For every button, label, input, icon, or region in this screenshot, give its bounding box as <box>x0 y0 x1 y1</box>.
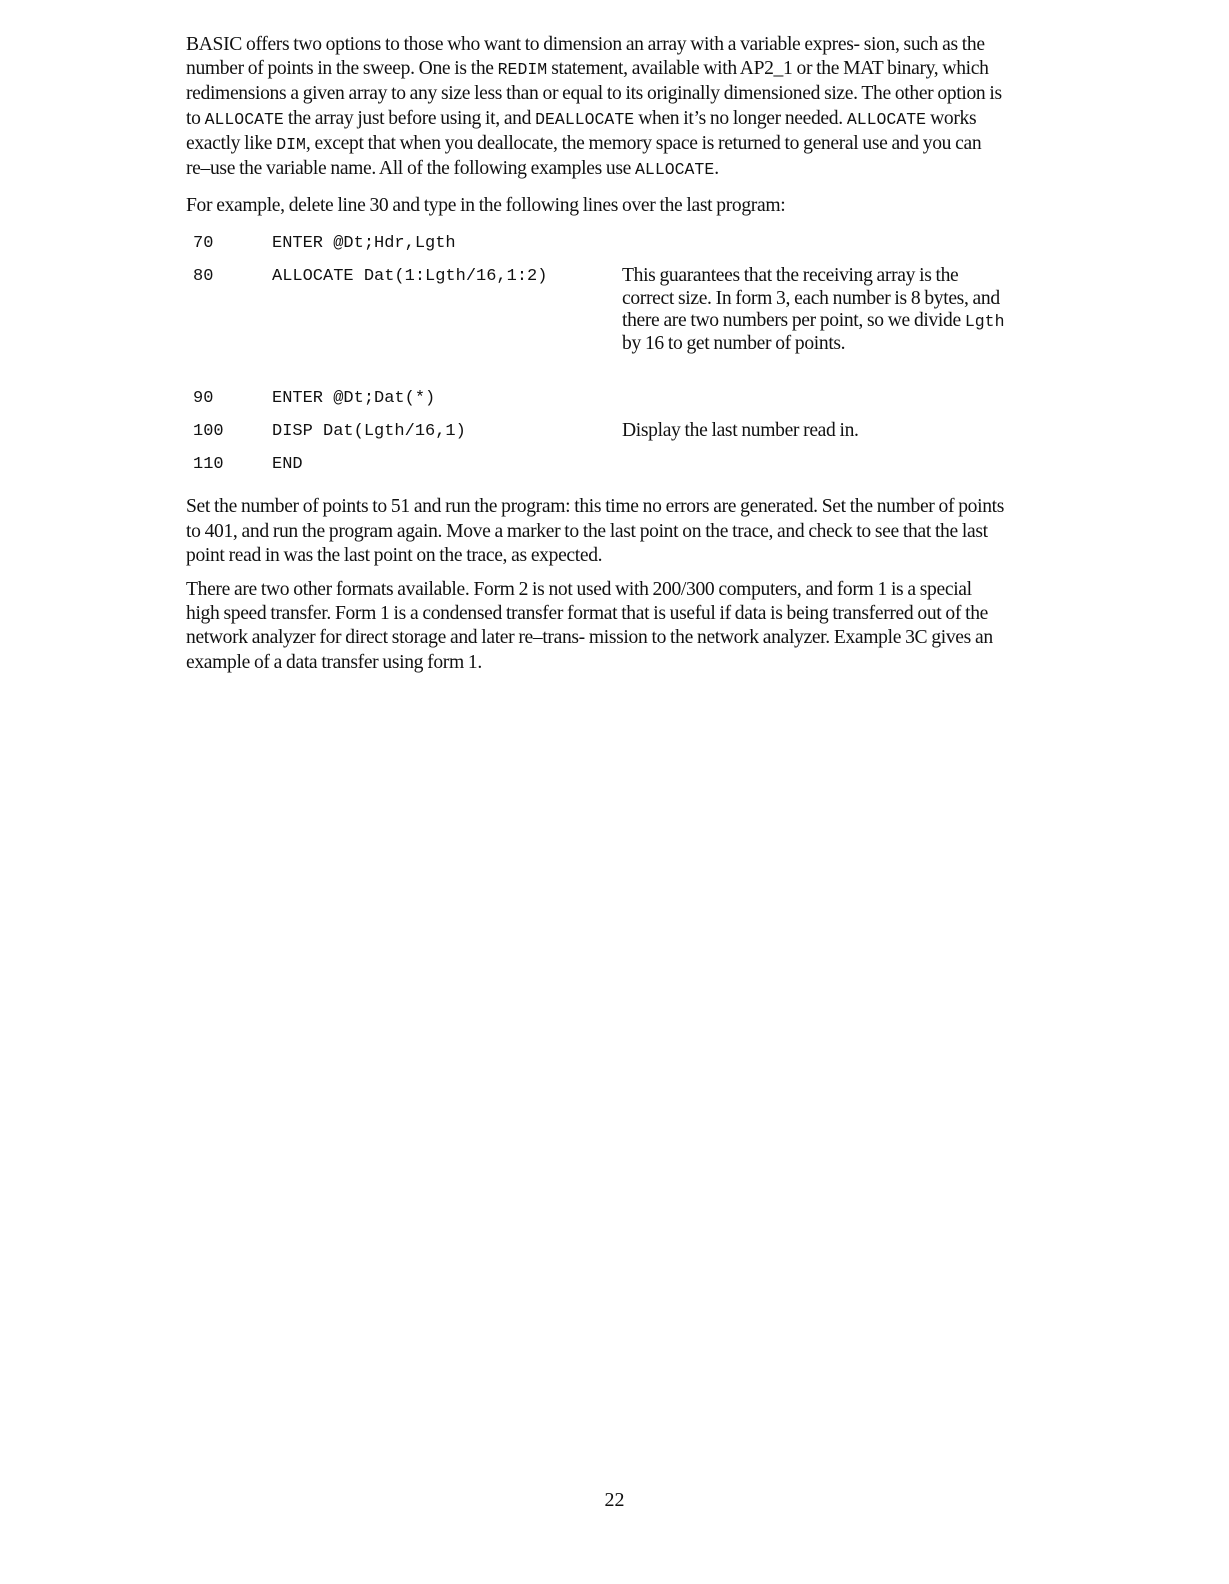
text-run: the array just before using it, and <box>284 108 535 129</box>
text-run: by 16 to get number of points. <box>622 333 845 354</box>
text-run: , except that when you deallocate, the m… <box>186 133 981 179</box>
line-number: 90 <box>186 387 272 411</box>
statement: ALLOCATE Dat(1:Lgth/16,1:2) <box>272 265 622 289</box>
line-number: 110 <box>186 453 272 477</box>
line-comment: Display the last number read in. <box>622 420 1014 442</box>
listing-row: 110 END <box>186 453 1006 495</box>
code-keyword: ALLOCATE <box>847 110 926 129</box>
line-number: 70 <box>186 232 272 256</box>
line-number: 80 <box>186 265 272 289</box>
listing-row: 90 ENTER @Dt;Dat(*) <box>186 387 1006 420</box>
line-number: 100 <box>186 420 272 444</box>
example-intro: For example, delete line 30 and type in … <box>186 194 1006 218</box>
text-run: This guarantees that the receiving array… <box>622 265 1000 330</box>
statement: ENTER @Dt;Dat(*) <box>272 387 622 411</box>
listing-row: 70 ENTER @Dt;Hdr,Lgth <box>186 232 1006 265</box>
run-paragraph: Set the number of points to 51 and run t… <box>186 495 1006 568</box>
text-run: . <box>714 158 719 179</box>
code-keyword: ALLOCATE <box>205 110 284 129</box>
formats-paragraph: There are two other formats available. F… <box>186 578 1006 675</box>
code-keyword: REDIM <box>498 60 548 79</box>
page-number: 22 <box>0 1489 1229 1512</box>
code-keyword: DEALLOCATE <box>535 110 634 129</box>
code-keyword: DIM <box>276 135 306 154</box>
code-keyword: ALLOCATE <box>635 160 714 179</box>
statement: ENTER @Dt;Hdr,Lgth <box>272 232 622 256</box>
intro-paragraph: BASIC offers two options to those who wa… <box>186 33 1006 182</box>
program-listing: 70 ENTER @Dt;Hdr,Lgth 80 ALLOCATE Dat(1:… <box>186 232 1006 495</box>
statement: DISP Dat(Lgth/16,1) <box>272 420 622 444</box>
listing-row: 80 ALLOCATE Dat(1:Lgth/16,1:2) This guar… <box>186 265 1006 387</box>
text-run: when it’s no longer needed. <box>634 108 847 129</box>
code-keyword: Lgth <box>965 312 1005 331</box>
line-comment: This guarantees that the receiving array… <box>622 265 1014 355</box>
page-body: BASIC offers two options to those who wa… <box>186 33 1006 685</box>
statement: END <box>272 453 622 477</box>
listing-row: 100 DISP Dat(Lgth/16,1) Display the last… <box>186 420 1006 453</box>
